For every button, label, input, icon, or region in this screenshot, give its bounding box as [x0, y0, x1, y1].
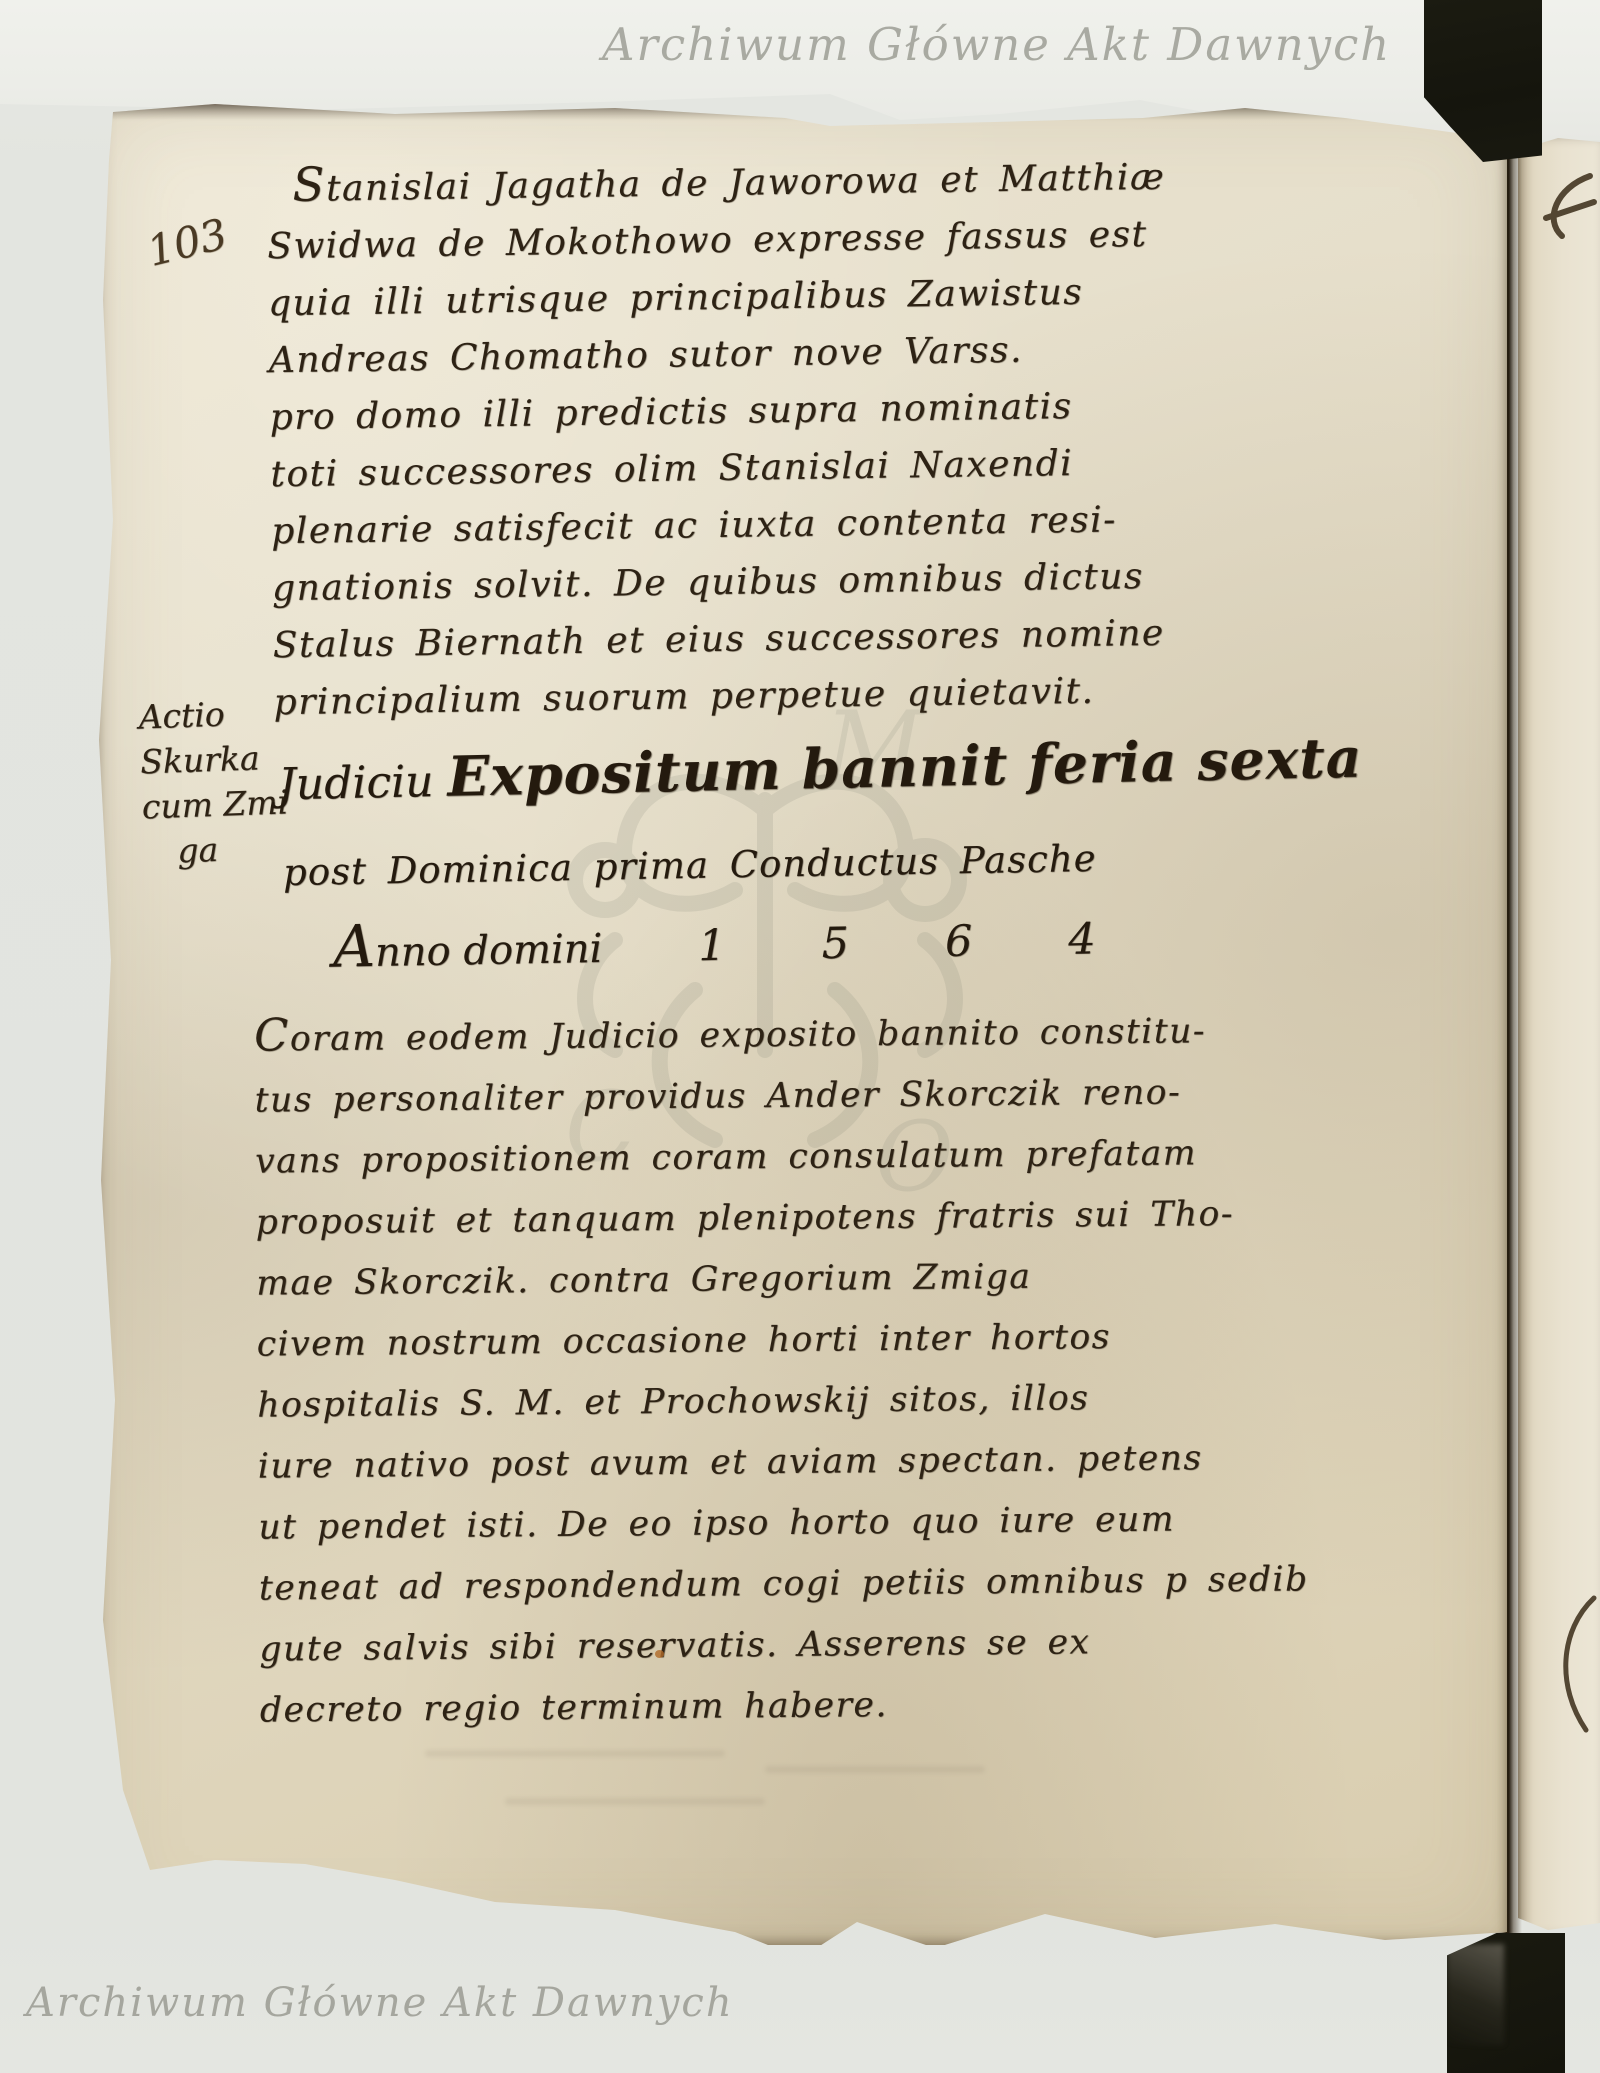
margin-note-line: Skurka	[139, 734, 287, 784]
manuscript-line: decreto regio terminum habere.	[260, 1671, 1310, 1741]
entry-1-text-block: Stanislai Jagatha de Jaworowa et Matthiæ…	[266, 146, 1173, 731]
archive-watermark-bottom: Archiwum Główne Akt Dawnych	[26, 1980, 734, 2026]
binding-tape-bottom	[1447, 1933, 1565, 2073]
folio-number: 103	[142, 209, 232, 276]
manuscript-page: M C O 103 Stanislai Jagatha de Jaworowa …	[95, 100, 1507, 1945]
manuscript-line: iure nativo post avum et aviam spectan. …	[258, 1427, 1308, 1497]
manuscript-line: principalium suorum perpetue quietavit.	[273, 662, 1173, 732]
manuscript-line: civem nostrum occasione horti inter hort…	[257, 1305, 1307, 1375]
paper-fleck	[655, 1650, 664, 1658]
margin-note-actio: Actio Skurka cum Zmi ga	[138, 690, 290, 875]
entry-2-text-block: Coram eodem Judicio exposito bannito con…	[254, 995, 1310, 1741]
manuscript-line: hospitalis S. M. et Prochowskij sitos, i…	[257, 1366, 1307, 1436]
margin-note-line: Actio	[138, 690, 286, 740]
year-digit: 1	[698, 921, 726, 971]
year-digit: 5	[821, 919, 849, 969]
manuscript-line: mae Skorczik. contra Gregorium Zmiga	[256, 1244, 1306, 1314]
heading-judicium: Judiciu	[278, 756, 434, 810]
anno-domini-label: Anno domini	[332, 908, 602, 981]
archive-watermark-top: Archiwum Główne Akt Dawnych	[602, 18, 1391, 71]
scanned-manuscript-view: M C O 103 Stanislai Jagatha de Jaworowa …	[0, 0, 1600, 2073]
manuscript-line: vans propositionem coram consulatum pref…	[255, 1122, 1305, 1192]
entry-heading: JudiciuExpositum bannit feria sexta	[277, 725, 1362, 813]
manuscript-line: gute salvis sibi reservatis. Asserens se…	[259, 1610, 1309, 1680]
adjacent-page-edge	[1518, 128, 1600, 1933]
margin-note-line: ga	[177, 824, 291, 873]
manuscript-line: proposuit et tanquam plenipotens fratris…	[255, 1183, 1305, 1253]
handwriting-flourish-bottom	[1552, 1590, 1600, 1740]
handwriting-flourish-top	[1538, 158, 1598, 288]
margin-note-line: cum Zmi	[141, 779, 289, 829]
manuscript-line: tus personaliter providus Ander Skorczik…	[254, 1061, 1304, 1131]
year-digit: 6	[945, 917, 973, 967]
manuscript-line: teneat ad respondendum cogi petiis omnib…	[259, 1549, 1309, 1619]
manuscript-line: ut pendet isti. De eo ipso horto quo iur…	[258, 1488, 1308, 1558]
year-digit: 4	[1068, 914, 1096, 964]
manuscript-line: Coram eodem Judicio exposito bannito con…	[254, 995, 1304, 1070]
show-through-marks	[385, 1740, 1025, 1830]
heading-year-line: Anno domini 1 5 6 4	[332, 899, 1096, 980]
